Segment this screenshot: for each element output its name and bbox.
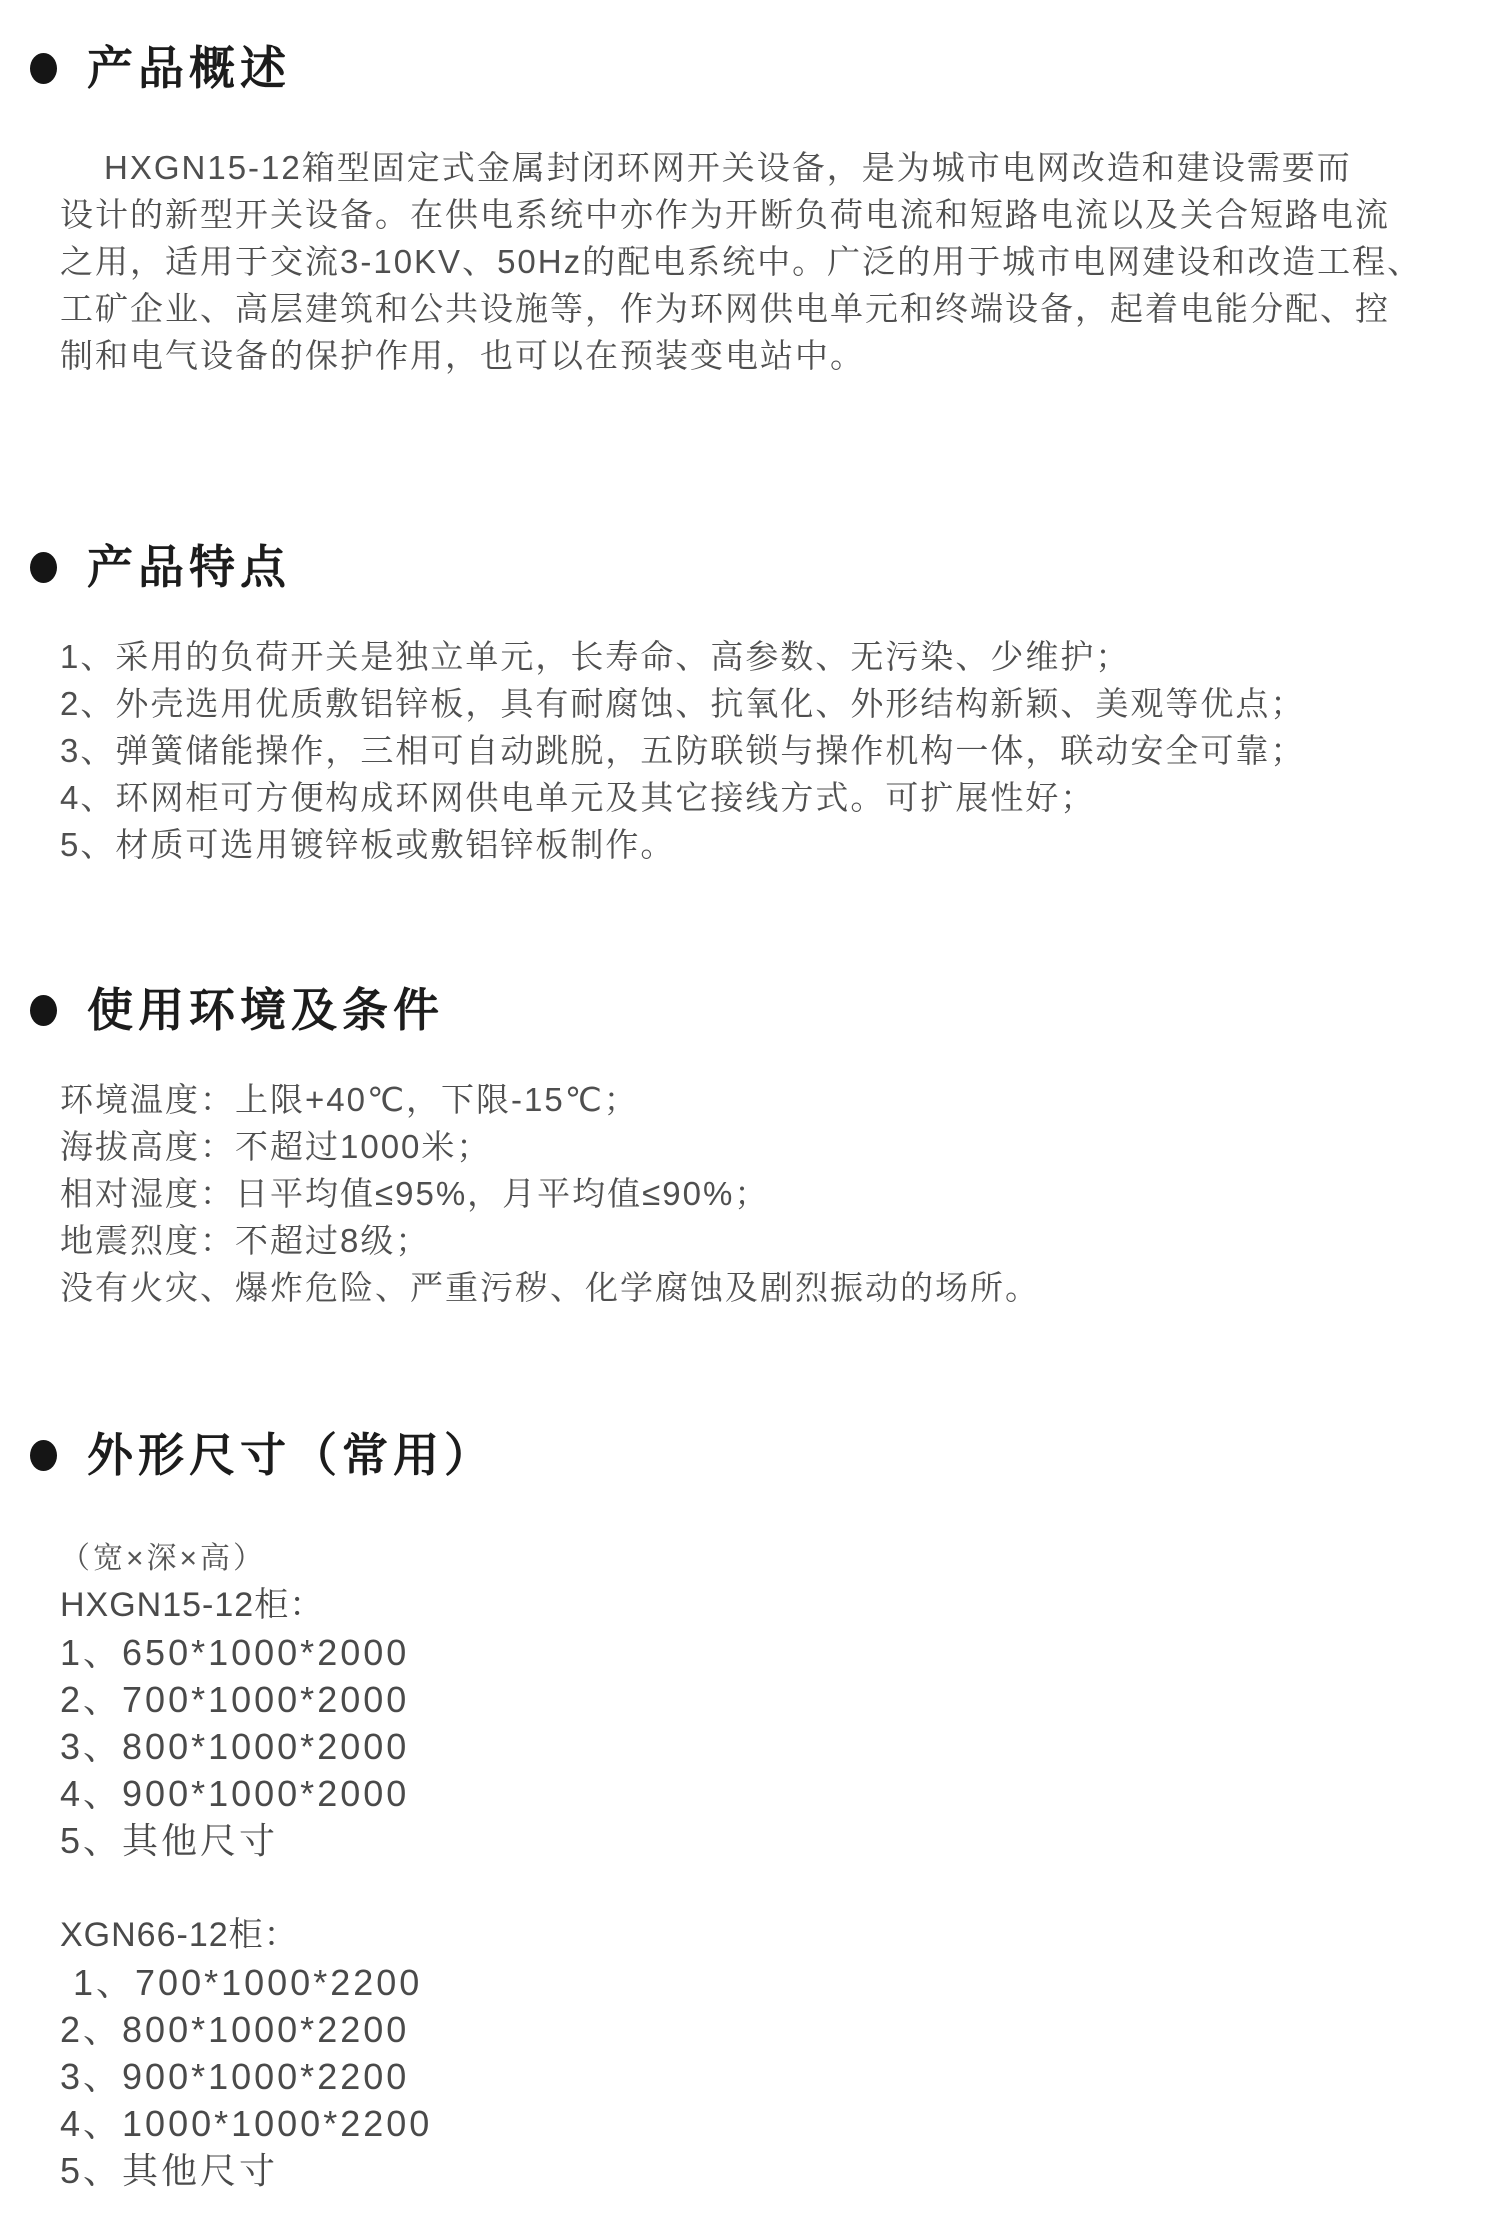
dimension-group-hxgn15: HXGN15-12柜： 1、650*1000*2000 2、700*1000*2… (60, 1582, 1445, 1864)
section-outline-dimensions: 外形尺寸（常用） （宽×深×高） HXGN15-12柜： 1、650*1000*… (60, 1425, 1445, 2194)
dimension-item: 1、700*1000*2200 (60, 1959, 1445, 2006)
feature-item: 4、环网柜可方便构成环网供电单元及其它接线方式。可扩展性好； (60, 774, 1445, 821)
feature-item: 3、弹簧储能操作，三相可自动跳脱，五防联锁与操作机构一体，联动安全可靠； (60, 727, 1445, 774)
dimension-item: 2、700*1000*2000 (60, 1676, 1445, 1723)
dimension-group-title: XGN66-12柜： (60, 1912, 1445, 1959)
environment-item: 没有火灾、爆炸危险、严重污秽、化学腐蚀及剧烈振动的场所。 (60, 1264, 1445, 1311)
paragraph-line: 设计的新型开关设备。在供电系统中亦作为开断负荷电流和短路电流以及关合短路电流 (60, 191, 1445, 238)
dimension-item: 3、800*1000*2000 (60, 1723, 1445, 1770)
section-bullet-icon (30, 552, 57, 583)
section-heading-environment: 使用环境及条件 (60, 980, 1445, 1040)
dimension-list: 1、650*1000*2000 2、700*1000*2000 3、800*10… (60, 1629, 1445, 1864)
section-heading-dimensions: 外形尺寸（常用） (60, 1425, 1445, 1485)
environment-item: 海拔高度：不超过1000米； (60, 1123, 1445, 1170)
dimension-item: 4、1000*1000*2200 (60, 2100, 1445, 2147)
dimension-item: 3、900*1000*2200 (60, 2053, 1445, 2100)
section-title: 产品概述 (87, 38, 291, 98)
section-bullet-icon (30, 995, 57, 1026)
paragraph-line: 之用，适用于交流3-10KV、50Hz的配电系统中。广泛的用于城市电网建设和改造… (60, 238, 1445, 285)
dimension-item: 1、650*1000*2000 (60, 1629, 1445, 1676)
section-product-features: 产品特点 1、采用的负荷开关是独立单元，长寿命、高参数、无污染、少维护； 2、外… (60, 537, 1445, 868)
paragraph-line: 工矿企业、高层建筑和公共设施等，作为环网供电单元和终端设备，起着电能分配、控 (60, 285, 1445, 332)
section-bullet-icon (30, 1440, 57, 1471)
dimension-item: 2、800*1000*2200 (60, 2006, 1445, 2053)
section-bullet-icon (30, 53, 57, 84)
environment-item: 相对湿度：日平均值≤95%，月平均值≤90%； (60, 1170, 1445, 1217)
dimension-item: 4、900*1000*2000 (60, 1770, 1445, 1817)
feature-list: 1、采用的负荷开关是独立单元，长寿命、高参数、无污染、少维护； 2、外壳选用优质… (60, 633, 1445, 868)
section-heading-overview: 产品概述 (60, 0, 1445, 98)
environment-item: 环境温度：上限+40℃，下限-15℃； (60, 1076, 1445, 1123)
feature-item: 1、采用的负荷开关是独立单元，长寿命、高参数、无污染、少维护； (60, 633, 1445, 680)
section-product-overview: 产品概述 HXGN15-12箱型固定式金属封闭环网开关设备，是为城市电网改造和建… (60, 0, 1445, 379)
paragraph-line: 制和电气设备的保护作用，也可以在预装变电站中。 (60, 332, 1445, 379)
feature-item: 5、材质可选用镀锌板或敷铝锌板制作。 (60, 821, 1445, 868)
dimension-list: 1、700*1000*2200 2、800*1000*2200 3、900*10… (60, 1959, 1445, 2194)
overview-paragraph: HXGN15-12箱型固定式金属封闭环网开关设备，是为城市电网改造和建设需要而 … (60, 144, 1445, 379)
dimension-item: 5、其他尺寸 (60, 1817, 1445, 1864)
environment-list: 环境温度：上限+40℃，下限-15℃； 海拔高度：不超过1000米； 相对湿度：… (60, 1076, 1445, 1311)
feature-item: 2、外壳选用优质敷铝锌板，具有耐腐蚀、抗氧化、外形结构新颖、美观等优点； (60, 680, 1445, 727)
dimension-group-title: HXGN15-12柜： (60, 1582, 1445, 1629)
section-title: 外形尺寸（常用） (87, 1425, 495, 1485)
paragraph-line: HXGN15-12箱型固定式金属封闭环网开关设备，是为城市电网改造和建设需要而 (60, 144, 1445, 191)
environment-item: 地震烈度：不超过8级； (60, 1217, 1445, 1264)
dimensions-block: （宽×深×高） HXGN15-12柜： 1、650*1000*2000 2、70… (60, 1535, 1445, 2194)
dimension-item: 5、其他尺寸 (60, 2147, 1445, 2194)
document-page: 产品概述 HXGN15-12箱型固定式金属封闭环网开关设备，是为城市电网改造和建… (0, 0, 1500, 2224)
section-heading-features: 产品特点 (60, 537, 1445, 597)
section-title: 使用环境及条件 (87, 980, 444, 1040)
section-title: 产品特点 (87, 537, 291, 597)
section-environment-conditions: 使用环境及条件 环境温度：上限+40℃，下限-15℃； 海拔高度：不超过1000… (60, 980, 1445, 1311)
dimension-legend: （宽×深×高） (60, 1535, 1445, 1582)
dimension-group-xgn66: XGN66-12柜： 1、700*1000*2200 2、800*1000*22… (60, 1912, 1445, 2194)
